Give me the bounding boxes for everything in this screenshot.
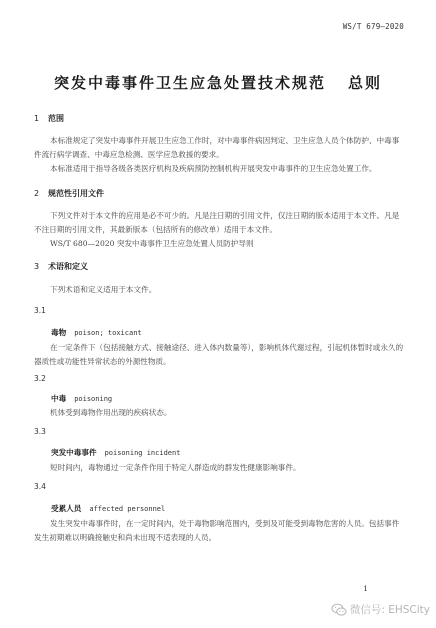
section-heading-terms: 3术语和定义 [34, 261, 88, 272]
reference-item: WS/T 680—2020 突发中毒事件卫生应急处置人员防护导则 [34, 237, 404, 251]
term-heading: 毒物poison; toxicant [51, 327, 142, 338]
section-2-body: 下列文件对于本文件的应用是必不可少的。凡是注日期的引用文件，仅注日期的版本适用于… [34, 209, 404, 251]
clause-number: 3.2 [34, 374, 46, 383]
standard-code: WS/T 679—2020 [343, 22, 404, 31]
clause-number: 3.3 [34, 427, 46, 436]
term-heading: 突发中毒事件poisoning incident [51, 447, 180, 458]
paragraph: 本标准规定了突发中毒事件开展卫生应急工作时，对中毒事件病因判定、卫生应急人员个体… [34, 134, 404, 162]
section-1-body: 本标准规定了突发中毒事件开展卫生应急工作时，对中毒事件病因判定、卫生应急人员个体… [34, 134, 404, 176]
section-heading-normative-references: 2规范性引用文件 [34, 188, 104, 199]
watermark-text: 微信号: EHSCity [350, 602, 430, 617]
paragraph: 下列文件对于本文件的应用是必不可少的。凡是注日期的引用文件，仅注日期的版本适用于… [34, 209, 404, 237]
term-heading: 中毒poisoning [51, 393, 112, 404]
title-suffix: 总则 [348, 74, 382, 92]
watermark: 微信号: EHSCity [331, 602, 430, 617]
term-definition: 机体受到毒物作用出现的疾病状态。 [50, 406, 420, 420]
page-number: 1 [363, 584, 368, 593]
clause-number: 3.1 [34, 306, 46, 315]
section-3-intro: 下列术语和定义适用于本文件。 [34, 283, 404, 297]
section-heading-scope: 1范围 [34, 113, 64, 124]
term-definition: 在一定条件下（包括接触方式、接触途径、进入体内数量等），影响机体代谢过程，引起机… [34, 341, 404, 369]
term-heading: 受累人员affected personnel [51, 503, 165, 514]
document-title: 突发中毒事件卫生应急处置技术规范总则 [0, 72, 436, 93]
title-main: 突发中毒事件卫生应急处置技术规范 [54, 74, 326, 92]
term-definition: 发生突发中毒事件时，在一定时间内，处于毒物影响范围内，受到及可能受到毒物危害的人… [34, 517, 404, 545]
clause-number: 3.4 [34, 482, 46, 491]
paragraph: 本标准适用于指导各级各类医疗机构及疾病预防控制机构开展突发中毒事件的卫生应急处置… [34, 162, 404, 176]
wechat-icon [331, 603, 347, 617]
term-definition: 短时间内，毒物通过一定条件作用于特定人群造成的群发性健康影响事件。 [50, 461, 420, 475]
